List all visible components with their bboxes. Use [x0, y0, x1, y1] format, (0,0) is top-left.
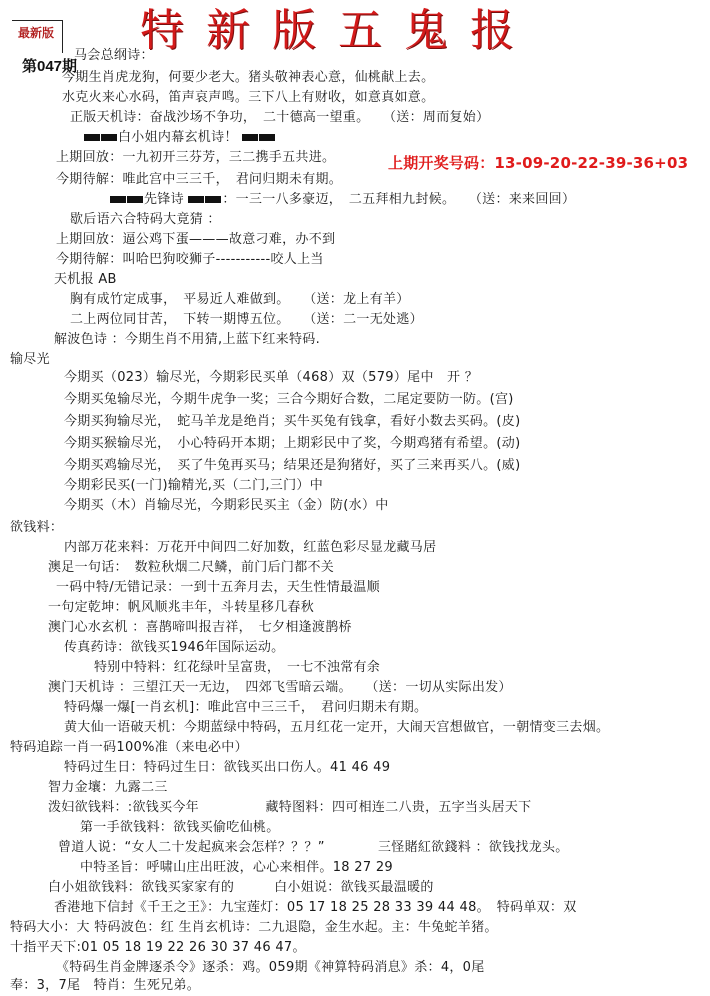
line-text: 奉：3，7尾 特肖：生死兄弟。: [10, 978, 200, 993]
line-text: 白小姐内幕玄机诗！: [118, 130, 238, 145]
text-line: 澳门心水玄机 ：喜鹊啼叫报吉祥， 七夕相逢渡鹊桥: [48, 618, 352, 638]
text-line: 澳门天机诗 ：三望江天一无边， 四郊飞雪暗云端。 （送：一切从实际出发）: [48, 678, 512, 698]
line-text: 一码中特/无错记录：一到十五奔月去，天生性情最温顺: [56, 580, 380, 595]
line-text: 今期生肖虎龙狗，何要少老大。猪头敬神表心意，仙桃献上去。: [62, 70, 434, 85]
text-line: 今期待解：叫哈巴狗咬狮子-----------咬人上当: [56, 250, 324, 270]
text-line: 今期买（木）肖输尽光，今期彩民买主（金）防(水）中: [64, 496, 389, 516]
text-line: 欲钱料：: [10, 518, 63, 538]
text-line: 曾道人说：“女人二十发起疯来会怎样？？？” 三怪賭紅欲錢料 ：欲钱找龙头。: [58, 838, 569, 858]
line-text: 上期回放：一九初开三芬芳，三二携手五共进。: [56, 150, 335, 165]
text-line: 一码中特/无错记录：一到十五奔月去，天生性情最温顺: [56, 578, 380, 598]
line-text: 今期买鸡输尽光， 买了牛兔再买马；结果还是狗猪好，买了三来再买八。(威): [64, 458, 520, 473]
text-line: 解波色诗 ：今期生肖不用猜,上蓝下红来特码.: [54, 330, 320, 350]
text-line: 特码爆一爆[一肖玄机]：唯此宫中三三千， 君问归期未有期。: [64, 698, 427, 718]
line-text: 《特码生肖金牌逐杀令》逐杀：鸡。059期《神算特码消息》杀：4，0尾: [56, 960, 485, 975]
line-text: 特码过生日：特码过生日：欲钱买出口伤人。41 46 49: [64, 760, 390, 775]
text-line: 中特圣旨：呼啸山庄出旺波，心心来相伴。18 27 29: [80, 858, 393, 878]
text-line: 上期回放：逼公鸡下蛋———故意刁难，办不到: [56, 230, 335, 250]
text-line: 澳足一句话： 数粒秋烟二尺鳞，前门后门都不关: [48, 558, 334, 578]
text-line: 今期买（023）输尽光，今期彩民买单（468）双（579）尾中 开 ？: [64, 368, 478, 388]
text-line: 输尽光: [10, 350, 50, 370]
double-bar-icon: [110, 192, 144, 207]
line-text: 今期待解：叫哈巴狗咬狮子-----------咬人上当: [56, 252, 324, 267]
line-text: 正版天机诗：奋战沙场不争功， 二十德高一望重。 （送：周而复始）: [70, 110, 489, 125]
line-text: 澳门天机诗 ：三望江天一无边， 四郊飞雪暗云端。 （送：一切从实际出发）: [48, 680, 512, 695]
line-text: 十指平天下:01 05 18 19 22 26 30 37 46 47。: [10, 940, 306, 955]
line-text: 今期买（023）输尽光，今期彩民买单（468）双（579）尾中 开 ？: [64, 370, 478, 385]
text-line: 今期生肖虎龙狗，何要少老大。猪头敬神表心意，仙桃献上去。: [62, 68, 434, 88]
text-line: 今期买兔输尽光，今期牛虎争一奖；三合今期好合数，二尾定要防一防。(宫): [64, 390, 514, 410]
text-line: 今期待解：唯此宫中三三千， 君问归期未有期。: [56, 170, 342, 190]
line-text: 特别中特料：红花绿叶呈富贵， 一七不浊常有余: [94, 660, 380, 675]
line-text: 先锋诗: [144, 192, 184, 207]
text-line: 泼妇欲钱料：:欲钱买今年 藏特图料：四可相连二八贵，五字当头居天下: [48, 798, 531, 818]
line-text: 一句定乾坤：帆风顺兆丰年，斗转星移几春秋: [48, 600, 314, 615]
line-text: 今期买狗输尽光， 蛇马羊龙是绝肖；买牛买兔有钱拿，看好小数去买码。(皮): [64, 414, 520, 429]
last-draw-label: 上期开奖号码：: [388, 154, 494, 172]
line-text: 智力金壤：九露二三: [48, 780, 168, 795]
line-text: 澳足一句话： 数粒秋烟二尺鳞，前门后门都不关: [48, 560, 334, 575]
line-text: 今期买兔输尽光，今期牛虎争一奖；三合今期好合数，二尾定要防一防。(宫): [64, 392, 514, 407]
latest-edition-badge: 最新版: [18, 24, 54, 41]
line-text: 曾道人说：“女人二十发起疯来会怎样？？？” 三怪賭紅欲錢料 ：欲钱找龙头。: [58, 840, 569, 855]
text-line: 十指平天下:01 05 18 19 22 26 30 37 46 47。: [10, 938, 306, 958]
text-line: 特码大小：大 特码波色：红 生肖玄机诗：二九退隐，金生水起。主：牛兔蛇羊猪。: [10, 918, 498, 938]
line-text: 天机报 AB: [54, 272, 117, 287]
text-line: 先锋诗 ：一三一八多豪迈， 二五拜相九封候。 （送：来来回回）: [110, 190, 575, 210]
line-text: 今期买猴输尽光， 小心特码开本期；上期彩民中了奖，今期鸡猪有希望。(动): [64, 436, 520, 451]
text-line: 正版天机诗：奋战沙场不争功， 二十德高一望重。 （送：周而复始）: [70, 108, 489, 128]
line-text: 歇后语六合特码大竟猜 ：: [70, 212, 221, 227]
line-text: 内部万花来料：万花开中间四二好加数，红蓝色彩尽显龙藏马居: [64, 540, 436, 555]
line-text: 黄大仙一语破天机：今期蓝绿中特码，五月红花一定开，大闹天宫想做官，一朝情变三去烟…: [64, 720, 609, 735]
text-line: 奉：3，7尾 特肖：生死兄弟。: [10, 976, 200, 996]
text-line: 今期买狗输尽光， 蛇马羊龙是绝肖；买牛买兔有钱拿，看好小数去买码。(皮): [64, 412, 520, 432]
text-line: 一句定乾坤：帆风顺兆丰年，斗转星移几春秋: [48, 598, 314, 618]
double-bar-icon: [84, 130, 118, 145]
line-text: 解波色诗 ：今期生肖不用猜,上蓝下红来特码.: [54, 332, 320, 347]
text-line: 今期买鸡输尽光， 买了牛兔再买马；结果还是狗猪好，买了三来再买八。(威): [64, 456, 520, 476]
line-text: 白小姐欲钱料：欲钱买家家有的 白小姐说：欲钱买最温暖的: [48, 880, 434, 895]
line-text: 欲钱料：: [10, 520, 63, 535]
text-line: 天机报 AB: [54, 270, 117, 290]
last-draw-numbers: 13-09-20-22-39-36+03: [494, 154, 688, 172]
text-line: 内部万花来料：万花开中间四二好加数，红蓝色彩尽显龙藏马居: [64, 538, 436, 558]
line-suffix: ：一三一八多豪迈， 二五拜相九封候。 （送：来来回回）: [222, 192, 575, 207]
line-text: 今期待解：唯此宫中三三千， 君问归期未有期。: [56, 172, 342, 187]
line-text: 输尽光: [10, 352, 50, 367]
text-line: 白小姐内幕玄机诗！: [84, 128, 276, 148]
line-text: 胸有成竹定成事， 平易近人难做到。 （送：龙上有羊）: [70, 292, 410, 307]
page-title: 特新版五鬼报: [140, 4, 536, 58]
text-line: 《特码生肖金牌逐杀令》逐杀：鸡。059期《神算特码消息》杀：4，0尾: [56, 958, 485, 978]
text-line: 二上两位同甘苦， 下转一期博五位。 （送：二一无处逃）: [70, 310, 423, 330]
text-line: 传真药诗：欲钱买1946年国际运动。: [64, 638, 284, 658]
line-text: 传真药诗：欲钱买1946年国际运动。: [64, 640, 284, 655]
text-line: 特码追踪一肖一码100%准（来电必中）: [10, 738, 248, 758]
text-line: 水克火来心水码，笛声哀声鸣。三下八上有财收，如意真如意。: [62, 88, 434, 108]
line-text: 香港地下信封《千王之王》：九宝莲灯：05 17 18 25 28 33 39 4…: [54, 900, 577, 915]
line-text: 水克火来心水码，笛声哀声鸣。三下八上有财收，如意真如意。: [62, 90, 434, 105]
text-line: 特别中特料：红花绿叶呈富贵， 一七不浊常有余: [94, 658, 380, 678]
text-line: 白小姐欲钱料：欲钱买家家有的 白小姐说：欲钱买最温暖的: [48, 878, 434, 898]
line-text: 二上两位同甘苦， 下转一期博五位。 （送：二一无处逃）: [70, 312, 423, 327]
text-line: 黄大仙一语破天机：今期蓝绿中特码，五月红花一定开，大闹天宫想做官，一朝情变三去烟…: [64, 718, 609, 738]
text-line: 胸有成竹定成事， 平易近人难做到。 （送：龙上有羊）: [70, 290, 410, 310]
last-draw-results: 上期开奖号码：13-09-20-22-39-36+03: [388, 152, 688, 173]
text-line: 今期买猴输尽光， 小心特码开本期；上期彩民中了奖，今期鸡猪有希望。(动): [64, 434, 520, 454]
text-line: 马会总纲诗：: [74, 46, 154, 66]
text-line: 歇后语六合特码大竟猜 ：: [70, 210, 221, 230]
text-line: 香港地下信封《千王之王》：九宝莲灯：05 17 18 25 28 33 39 4…: [54, 898, 577, 918]
line-text: 马会总纲诗：: [74, 48, 154, 63]
line-text: 特码爆一爆[一肖玄机]：唯此宫中三三千， 君问归期未有期。: [64, 700, 427, 715]
text-line: 智力金壤：九露二三: [48, 778, 168, 798]
line-text: 特码追踪一肖一码100%准（来电必中）: [10, 740, 248, 755]
double-bar-icon: [242, 130, 276, 145]
text-line: 特码过生日：特码过生日：欲钱买出口伤人。41 46 49: [64, 758, 390, 778]
line-text: 第一手欲钱料：欲钱买偷吃仙桃。: [80, 820, 280, 835]
line-text: 上期回放：逼公鸡下蛋———故意刁难，办不到: [56, 232, 335, 247]
line-text: 今期买（木）肖输尽光，今期彩民买主（金）防(水）中: [64, 498, 389, 513]
text-line: 上期回放：一九初开三芬芳，三二携手五共进。: [56, 148, 335, 168]
line-text: 今期彩民买(一门)输精光,买（二门,三门）中: [64, 478, 323, 493]
line-text: 澳门心水玄机 ：喜鹊啼叫报吉祥， 七夕相逢渡鹊桥: [48, 620, 352, 635]
line-text: 特码大小：大 特码波色：红 生肖玄机诗：二九退隐，金生水起。主：牛兔蛇羊猪。: [10, 920, 498, 935]
text-line: 第一手欲钱料：欲钱买偷吃仙桃。: [80, 818, 280, 838]
text-line: 今期彩民买(一门)输精光,买（二门,三门）中: [64, 476, 323, 496]
line-text: 中特圣旨：呼啸山庄出旺波，心心来相伴。18 27 29: [80, 860, 393, 875]
line-text: 泼妇欲钱料：:欲钱买今年 藏特图料：四可相连二八贵，五字当头居天下: [48, 800, 531, 815]
double-bar-icon: [188, 192, 222, 207]
